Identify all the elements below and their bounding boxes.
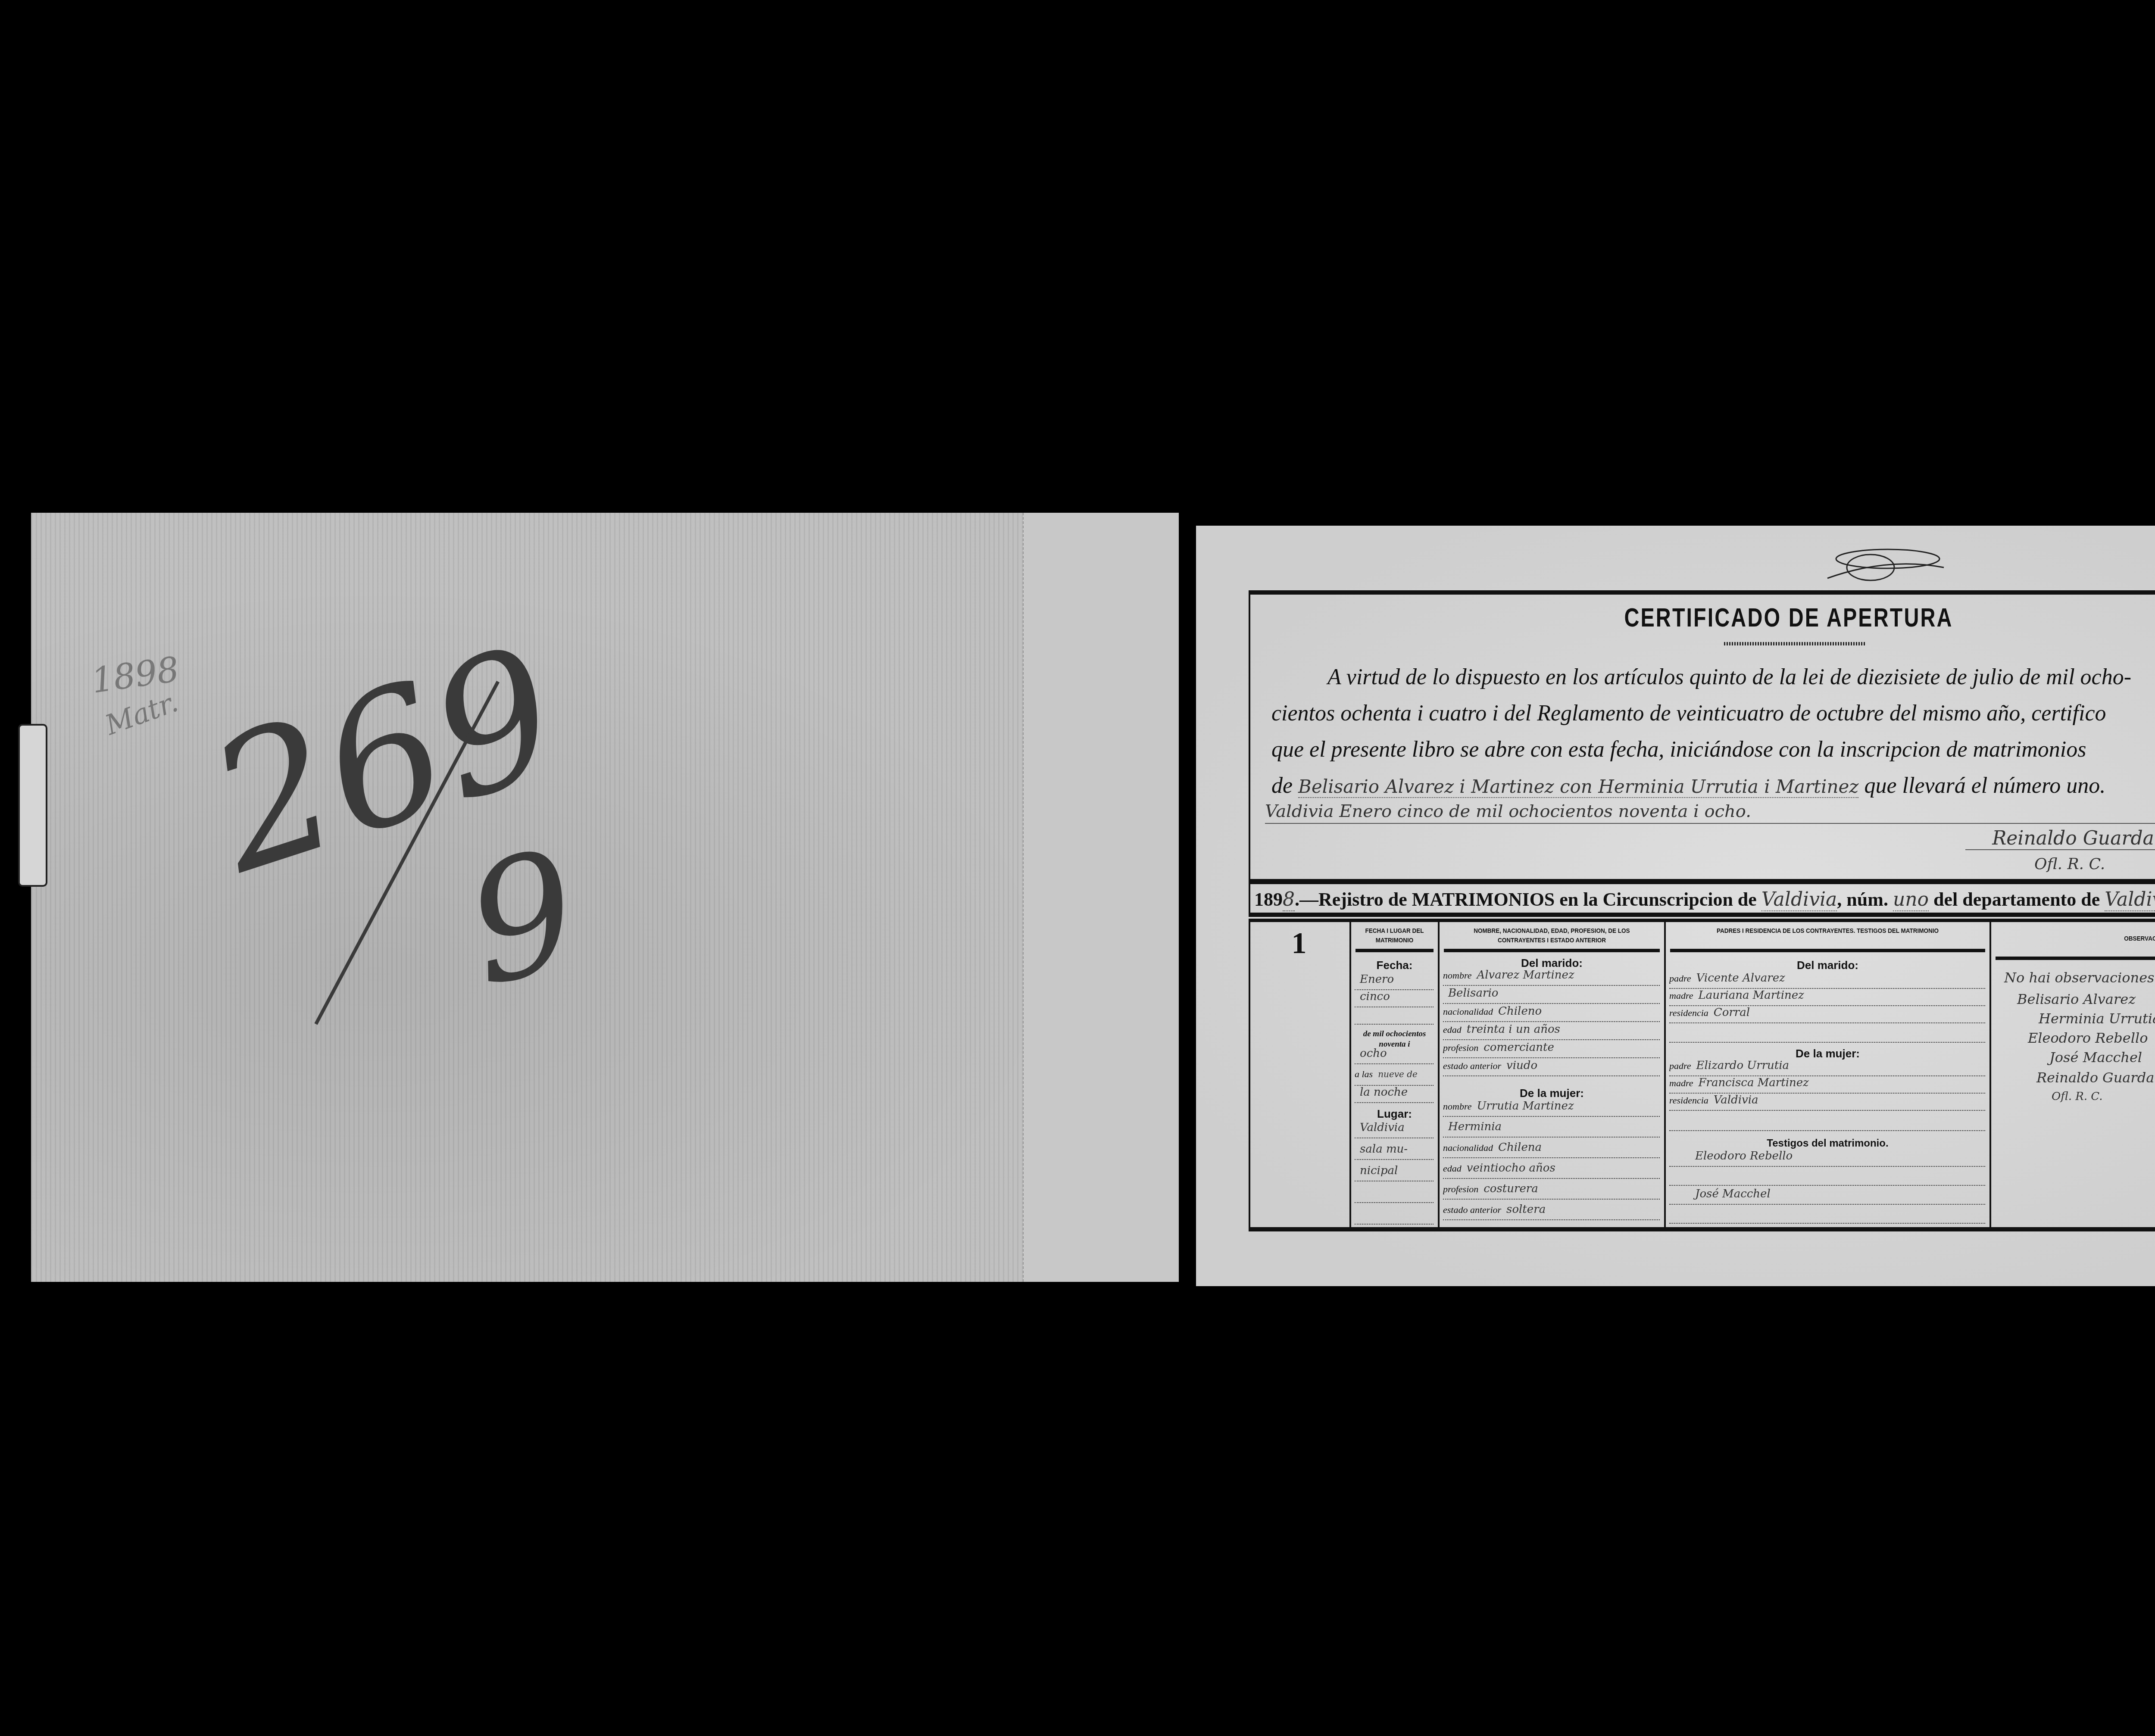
- header-rule: [1355, 949, 1434, 952]
- column-padres: PADRES I RESIDENCIA DE LOS CONTRAYENTES.…: [1666, 922, 1991, 1230]
- title-ornament: [1724, 642, 1866, 645]
- signature-5: Reinaldo Guarda: [2036, 1069, 2154, 1086]
- wife-nacionalidad: nacionalidadChilena: [1443, 1141, 1660, 1158]
- signature-4: José Macchel: [2049, 1049, 2142, 1066]
- husband-nacionalidad: nacionalidadChileno: [1443, 1005, 1660, 1022]
- value: Corral: [1714, 1006, 1750, 1019]
- wife-nombre-2: Herminia: [1443, 1120, 1660, 1138]
- register-numero: uno: [1893, 888, 1929, 911]
- value: soltera: [1506, 1203, 1546, 1216]
- register-text-3: del departamento de: [1933, 889, 2100, 910]
- husband-padre: padreVicente Alvarez: [1669, 972, 1985, 989]
- header-rule: [1670, 949, 1985, 952]
- husband-residencia: residenciaCorral: [1669, 1006, 1985, 1023]
- lugar-2: sala mu-: [1355, 1143, 1434, 1160]
- fecha-blank: [1355, 1007, 1434, 1025]
- value: Vicente Alvarez: [1696, 972, 1785, 985]
- husband-nombre-2: Belisario: [1443, 987, 1660, 1004]
- signature-1: Belisario Alvarez: [2017, 991, 2136, 1007]
- wife-estado: estado anteriorsoltera: [1443, 1203, 1660, 1220]
- label: nombre: [1443, 970, 1471, 981]
- wife-madre: madreFrancisca Martinez: [1669, 1076, 1985, 1094]
- register-text-1: .—Rejistro de MATRIMONIOS en la Circunsc…: [1295, 889, 1757, 910]
- certificate-body: A virtud de lo dispuesto en los artículo…: [1271, 659, 2155, 805]
- value: costurera: [1484, 1182, 1538, 1195]
- witness-1: Eleodoro Rebello: [1669, 1150, 1985, 1167]
- value: Chileno: [1498, 1005, 1542, 1018]
- wife-padre: padreElizardo Urrutia: [1669, 1059, 1985, 1076]
- witnesses-label: Testigos del matrimonio.: [1666, 1138, 1989, 1150]
- volume-denominator: 9: [452, 814, 594, 1023]
- label: madre: [1669, 990, 1693, 1001]
- padres-blank-2: [1669, 1114, 1985, 1131]
- certificate-line-3: que el presente libro se abre con esta f…: [1271, 732, 2155, 768]
- label: edad: [1443, 1024, 1462, 1035]
- line-4-suffix: que llevará el número uno.: [1864, 773, 2105, 798]
- binding-tab: [18, 724, 47, 887]
- value: Valdivia: [1714, 1094, 1758, 1106]
- label: profesion: [1443, 1042, 1478, 1053]
- certificate-title: CERTIFICADO DE APERTURA: [1537, 602, 2041, 633]
- value: Belisario: [1448, 987, 1498, 1000]
- value: Alvarez Martinez: [1477, 969, 1574, 982]
- certificate-line-2: cientos ochenta i cuatro i del Reglament…: [1271, 695, 2155, 732]
- lugar-blank-2: [1355, 1207, 1434, 1225]
- flourish-icon: [1823, 544, 1952, 583]
- column-entry-number: 1: [1249, 922, 1351, 1230]
- padres-husband-label: Del marido:: [1666, 959, 1989, 972]
- fecha-year-value: ocho: [1360, 1047, 1387, 1060]
- fecha-month-value: Enero: [1360, 973, 1394, 986]
- register-rule-bottom: [1249, 913, 2155, 919]
- entry-number: 1: [1249, 926, 1349, 961]
- label: madre: [1669, 1078, 1693, 1088]
- time-value-1: nueve de: [1378, 1069, 1418, 1079]
- header-nombre: NOMBRE, NACIONALIDAD, EDAD, PROFESION, D…: [1451, 926, 1653, 945]
- book-spine: [1179, 496, 1196, 1293]
- register-table: 1 FECHA I LUGAR DEL MATRIMONIO Fecha: En…: [1249, 922, 2155, 1230]
- witness-blank-2: [1669, 1206, 1985, 1224]
- wife-nombre: nombreUrrutia Martinez: [1443, 1100, 1660, 1117]
- register-year-prefix: 189: [1254, 889, 1283, 910]
- left-page-cover: 1898 Matr. 269 9: [31, 513, 1179, 1282]
- wife-label: De la mujer:: [1440, 1087, 1664, 1100]
- value: treinta i un años: [1467, 1023, 1560, 1036]
- lugar-1: Valdivia: [1355, 1121, 1434, 1138]
- left-page-spine-strip: [1023, 513, 1179, 1282]
- register-year-suffix: 8: [1283, 888, 1295, 911]
- year-label: de mil ochocientos noventa i: [1354, 1029, 1435, 1050]
- label: estado anterior: [1443, 1204, 1501, 1215]
- header-rule: [1996, 957, 2155, 960]
- value: Eleodoro Rebello: [1695, 1150, 1793, 1163]
- fecha-day-value: cinco: [1360, 990, 1390, 1003]
- value: Francisca Martinez: [1698, 1076, 1808, 1089]
- value: Lauriana Martinez: [1698, 989, 1804, 1002]
- certificate-signature: Reinaldo Guarda: [1965, 827, 2155, 850]
- register-circunscripcion: Valdivia: [1761, 888, 1837, 911]
- header-observaciones: OBSERVACIONES I FIRMAS: [2008, 934, 2155, 944]
- label: residencia: [1669, 1095, 1708, 1106]
- header-fecha: FECHA I LUGAR DEL MATRIMONIO: [1355, 926, 1434, 945]
- certificate-line-4: de Belisario Alvarez i Martinez con Herm…: [1271, 768, 2155, 805]
- signature-3: Eleodoro Rebello: [2028, 1030, 2148, 1046]
- value: José Macchel: [1695, 1187, 1771, 1200]
- lugar-2-value: sala mu-: [1360, 1143, 1408, 1156]
- header-rule: [1444, 949, 1660, 952]
- value: Chilena: [1498, 1141, 1542, 1154]
- wife-profesion: profesioncosturera: [1443, 1182, 1660, 1200]
- label: estado anterior: [1443, 1060, 1501, 1071]
- wife-residencia: residenciaValdivia: [1669, 1094, 1985, 1111]
- value: Herminia: [1448, 1120, 1502, 1133]
- witness-2: José Macchel: [1669, 1187, 1985, 1205]
- witness-blank: [1669, 1169, 1985, 1186]
- time-value-2: la noche: [1360, 1086, 1408, 1099]
- register-rule-top: [1249, 879, 2155, 884]
- wife-edad: edadveintiocho años: [1443, 1162, 1660, 1179]
- signature-6: Ofl. R. C.: [2052, 1090, 2103, 1103]
- husband-estado: estado anteriorviudo: [1443, 1059, 1660, 1076]
- padres-wife-label: De la mujer:: [1666, 1047, 1989, 1060]
- label: residencia: [1669, 1007, 1708, 1018]
- husband-label: Del marido:: [1440, 957, 1664, 970]
- fecha-year: ocho: [1355, 1047, 1434, 1064]
- label: padre: [1669, 973, 1691, 984]
- time-label: a las: [1355, 1069, 1373, 1079]
- lugar-1-value: Valdivia: [1360, 1121, 1405, 1134]
- certificate-date: Valdivia Enero cinco de mil ochocientos …: [1265, 801, 2155, 824]
- padres-blank-1: [1669, 1025, 1985, 1043]
- line-4-prefix: de: [1271, 773, 1293, 798]
- label: nacionalidad: [1443, 1006, 1493, 1017]
- value: veintiocho años: [1467, 1162, 1555, 1175]
- register-text-2: , núm.: [1837, 889, 1888, 910]
- label: nombre: [1443, 1101, 1471, 1112]
- register-heading: 1898.—Rejistro de MATRIMONIOS en la Circ…: [1254, 888, 2155, 910]
- lugar-label: Lugar:: [1351, 1107, 1438, 1121]
- observation-note: No hai observaciones.: [2004, 969, 2155, 986]
- column-observaciones: OBSERVACIONES I FIRMAS No hai observacio…: [1991, 922, 2155, 1230]
- husband-profesion: profesioncomerciante: [1443, 1041, 1660, 1058]
- signature-2: Herminia Urrutia: [2039, 1010, 2155, 1027]
- label: nacionalidad: [1443, 1142, 1493, 1153]
- fecha-label: Fecha:: [1351, 959, 1438, 972]
- value: Elizardo Urrutia: [1696, 1059, 1790, 1072]
- value: Urrutia Martinez: [1477, 1100, 1574, 1113]
- certificate-line-1: A virtud de lo dispuesto en los artículo…: [1271, 659, 2155, 695]
- husband-madre: madreLauriana Martinez: [1669, 989, 1985, 1006]
- fecha-day: cinco: [1355, 990, 1434, 1007]
- label: padre: [1669, 1060, 1691, 1071]
- label: profesion: [1443, 1184, 1478, 1194]
- label: edad: [1443, 1163, 1462, 1174]
- value: viudo: [1506, 1059, 1537, 1072]
- signature-title: Ofl. R. C.: [2034, 855, 2121, 873]
- fecha-time: a lasnueve de: [1355, 1069, 1434, 1086]
- fecha-month: Enero: [1355, 973, 1434, 990]
- register-departamento: Valdivia: [2105, 888, 2155, 911]
- lugar-3-value: nicipal: [1360, 1164, 1398, 1177]
- lugar-blank-1: [1355, 1186, 1434, 1203]
- fecha-time-2: la noche: [1355, 1086, 1434, 1103]
- column-contrayentes: NOMBRE, NACIONALIDAD, EDAD, PROFESION, D…: [1440, 922, 1666, 1230]
- value: comerciante: [1484, 1041, 1554, 1054]
- header-padres: PADRES I RESIDENCIA DE LOS CONTRAYENTES.…: [1682, 926, 1974, 936]
- lugar-3: nicipal: [1355, 1164, 1434, 1181]
- couple-names: Belisario Alvarez i Martinez con Hermini…: [1298, 776, 1858, 798]
- husband-nombre: nombreAlvarez Martinez: [1443, 969, 1660, 986]
- column-fecha: FECHA I LUGAR DEL MATRIMONIO Fecha: Ener…: [1351, 922, 1440, 1230]
- husband-edad: edadtreinta i un años: [1443, 1023, 1660, 1040]
